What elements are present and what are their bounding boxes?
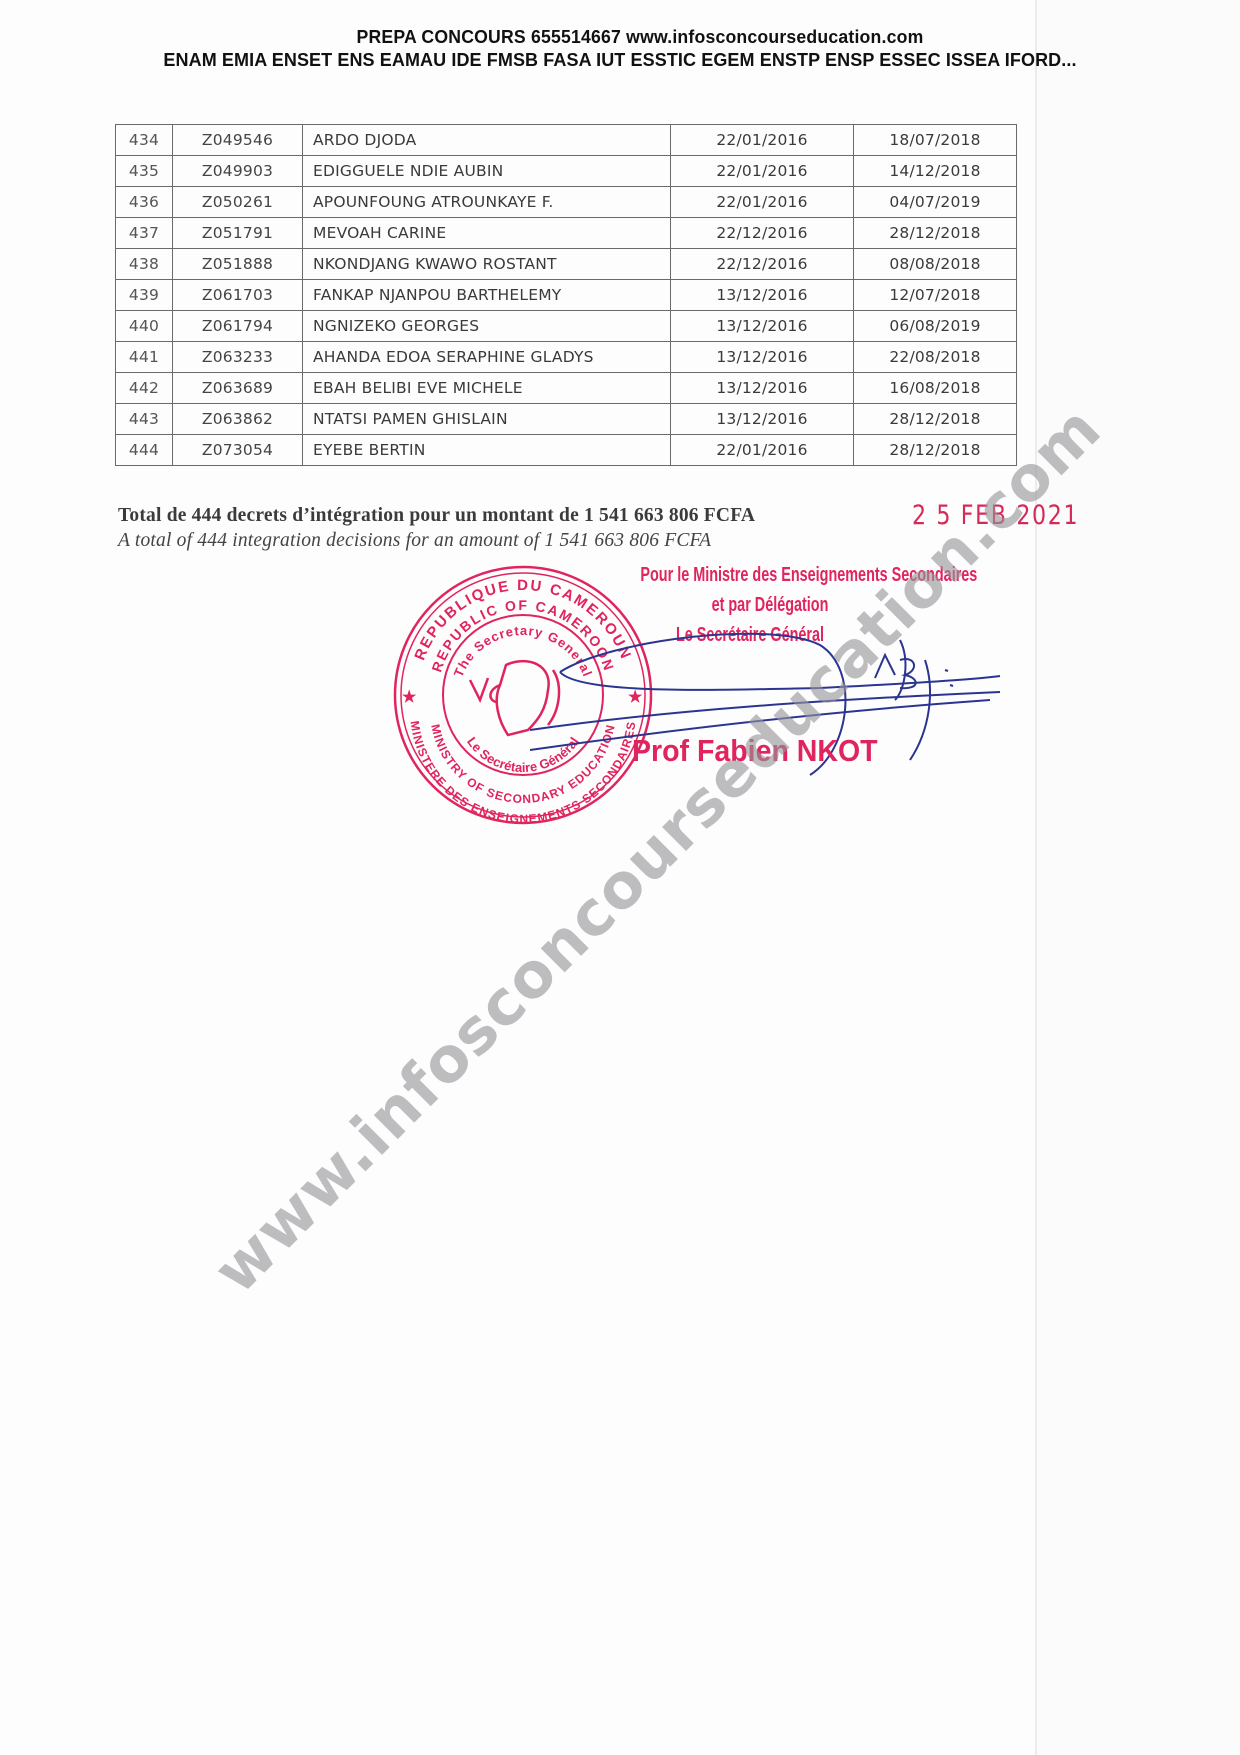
- table-row: 441Z063233AHANDA EDOA SERAPHINE GLADYS13…: [116, 342, 1017, 373]
- effective-date: 14/12/2018: [854, 156, 1017, 187]
- matricule: Z063233: [173, 342, 303, 373]
- matricule: Z049903: [173, 156, 303, 187]
- matricule: Z051791: [173, 218, 303, 249]
- row-number: 440: [116, 311, 173, 342]
- effective-date: 08/08/2018: [854, 249, 1017, 280]
- matricule: Z049546: [173, 125, 303, 156]
- row-number: 443: [116, 404, 173, 435]
- signature-line-minister: Pour le Ministre des Enseignements Secon…: [640, 560, 899, 590]
- banner-line-2: ENAM EMIA ENSET ENS EAMAU IDE FMSB FASA …: [0, 48, 1240, 72]
- decree-date: 22/12/2016: [671, 218, 854, 249]
- decree-date: 13/12/2016: [671, 373, 854, 404]
- employee-name: EDIGGUELE NDIE AUBIN: [303, 156, 671, 187]
- matricule: Z073054: [173, 435, 303, 466]
- employee-name: EBAH BELIBI EVE MICHELE: [303, 373, 671, 404]
- matricule: Z063862: [173, 404, 303, 435]
- row-number: 441: [116, 342, 173, 373]
- scan-margin: [1037, 0, 1240, 1755]
- promo-banner: PREPA CONCOURS 655514667 www.infosconcou…: [0, 26, 1240, 72]
- employee-name: NTATSI PAMEN GHISLAIN: [303, 404, 671, 435]
- employee-name: EYEBE BERTIN: [303, 435, 671, 466]
- table-row: 440Z061794NGNIZEKO GEORGES13/12/201606/0…: [116, 311, 1017, 342]
- effective-date: 06/08/2019: [854, 311, 1017, 342]
- scan-edge-line: [1035, 0, 1037, 1755]
- effective-date: 12/07/2018: [854, 280, 1017, 311]
- decree-date: 22/12/2016: [671, 249, 854, 280]
- table-row: 439Z061703FANKAP NJANPOU BARTHELEMY13/12…: [116, 280, 1017, 311]
- employee-name: NGNIZEKO GEORGES: [303, 311, 671, 342]
- table-row: 443Z063862NTATSI PAMEN GHISLAIN13/12/201…: [116, 404, 1017, 435]
- matricule: Z063689: [173, 373, 303, 404]
- row-number: 442: [116, 373, 173, 404]
- employee-name: ARDO DJODA: [303, 125, 671, 156]
- table-row: 444Z073054EYEBE BERTIN22/01/201628/12/20…: [116, 435, 1017, 466]
- table-row: 438Z051888NKONDJANG KWAWO ROSTANT22/12/2…: [116, 249, 1017, 280]
- matricule: Z061794: [173, 311, 303, 342]
- row-number: 444: [116, 435, 173, 466]
- employee-name: NKONDJANG KWAWO ROSTANT: [303, 249, 671, 280]
- employee-name: FANKAP NJANPOU BARTHELEMY: [303, 280, 671, 311]
- decrees-table: 434Z049546ARDO DJODA22/01/201618/07/2018…: [115, 124, 1017, 466]
- table-row: 436Z050261APOUNFOUNG ATROUNKAYE F.22/01/…: [116, 187, 1017, 218]
- employee-name: MEVOAH CARINE: [303, 218, 671, 249]
- employee-name: APOUNFOUNG ATROUNKAYE F.: [303, 187, 671, 218]
- table-row: 437Z051791MEVOAH CARINE22/12/201628/12/2…: [116, 218, 1017, 249]
- effective-date: 28/12/2018: [854, 218, 1017, 249]
- decree-date: 13/12/2016: [671, 311, 854, 342]
- matricule: Z051888: [173, 249, 303, 280]
- row-number: 437: [116, 218, 173, 249]
- row-number: 436: [116, 187, 173, 218]
- row-number: 434: [116, 125, 173, 156]
- row-number: 439: [116, 280, 173, 311]
- watermark: www.infosconcourseducation.com: [199, 392, 1115, 1308]
- table-row: 434Z049546ARDO DJODA22/01/201618/07/2018: [116, 125, 1017, 156]
- decree-date: 13/12/2016: [671, 404, 854, 435]
- decree-date: 13/12/2016: [671, 342, 854, 373]
- total-english: A total of 444 integration decisions for…: [118, 530, 711, 552]
- banner-line-1: PREPA CONCOURS 655514667 www.infosconcou…: [52, 26, 1228, 48]
- effective-date: 04/07/2019: [854, 187, 1017, 218]
- decree-date: 22/01/2016: [671, 187, 854, 218]
- matricule: Z050261: [173, 187, 303, 218]
- decree-date: 22/01/2016: [671, 125, 854, 156]
- row-number: 438: [116, 249, 173, 280]
- table-row: 442Z063689EBAH BELIBI EVE MICHELE13/12/2…: [116, 373, 1017, 404]
- matricule: Z061703: [173, 280, 303, 311]
- effective-date: 22/08/2018: [854, 342, 1017, 373]
- row-number: 435: [116, 156, 173, 187]
- effective-date: 18/07/2018: [854, 125, 1017, 156]
- svg-text:★: ★: [402, 689, 417, 706]
- table-row: 435Z049903EDIGGUELE NDIE AUBIN22/01/2016…: [116, 156, 1017, 187]
- decree-date: 22/01/2016: [671, 435, 854, 466]
- decree-date: 22/01/2016: [671, 156, 854, 187]
- employee-name: AHANDA EDOA SERAPHINE GLADYS: [303, 342, 671, 373]
- effective-date: 28/12/2018: [854, 404, 1017, 435]
- total-french: Total de 444 decrets d’intégration pour …: [118, 505, 755, 527]
- effective-date: 16/08/2018: [854, 373, 1017, 404]
- decree-date: 13/12/2016: [671, 280, 854, 311]
